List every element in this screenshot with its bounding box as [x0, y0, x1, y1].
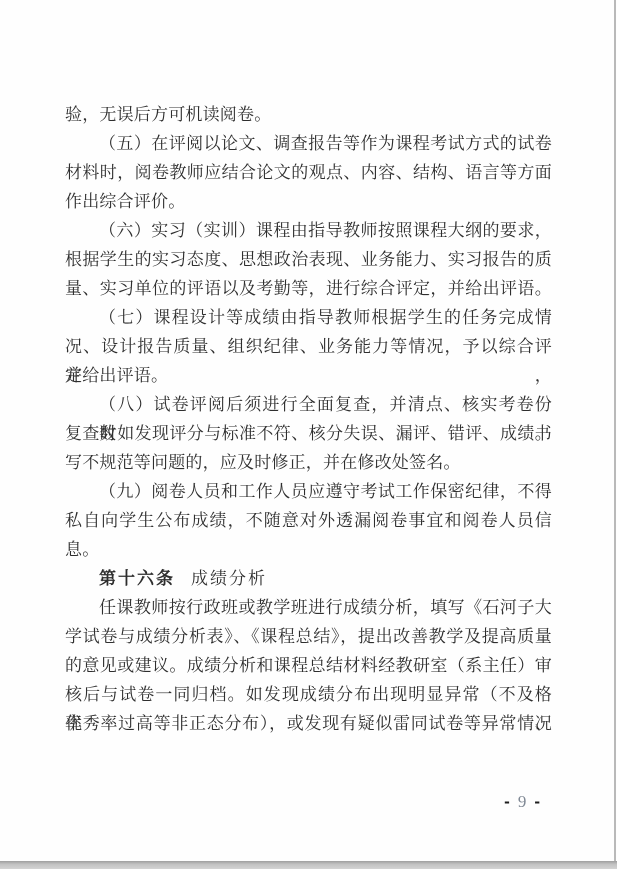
text-line: 的意见或建议。成绩分析和课程总结材料经教研室（系主任）审: [65, 651, 552, 680]
text-line: 根据学生的实习态度、思想政治表现、业务能力、实习报告的质: [65, 245, 552, 274]
text-line: 学试卷与成绩分析表》、《课程总结》，提出改善教学及提高质量: [65, 622, 552, 651]
text-line: 复查时如发现评分与标准不符、核分失误、漏评、错评、成绩书: [65, 419, 552, 448]
page-number: 9: [518, 792, 527, 811]
text-line: 核后与试卷一同归档。如发现成绩分布出现明显异常（不及格率、: [65, 680, 552, 709]
text-line: 任课教师按行政班或教学班进行成绩分析，填写《石河子大: [65, 593, 552, 622]
text-line: 写不规范等问题的，应及时修正，并在修改处签名。: [65, 448, 552, 477]
document-text-block: 验，无误后方可机读阅卷。（五）在评阅以论文、调查报告等作为课程考试方式的试卷材料…: [65, 100, 552, 738]
text-line: （九）阅卷人员和工作人员应遵守考试工作保密纪律，不得: [65, 477, 552, 506]
text-line: （五）在评阅以论文、调查报告等作为课程考试方式的试卷: [65, 129, 552, 158]
scan-edge-line: [614, 0, 616, 861]
article-title: 成绩分析: [191, 569, 267, 588]
text-line: 况、设计报告质量、组织纪律、业务能力等情况，予以综合评定，: [65, 332, 552, 361]
article-number: 第十六条: [99, 569, 175, 588]
text-line: 私自向学生公布成绩，不随意对外透漏阅卷事宜和阅卷人员信: [65, 506, 552, 535]
page-footer: -9-: [0, 792, 540, 812]
text-line: 量、实习单位的评语以及考勤等，进行综合评定，并给出评语。: [65, 274, 552, 303]
text-line: 优秀率过高等非正态分布），或发现有疑似雷同试卷等异常情况: [65, 709, 552, 738]
scanned-document-page: 验，无误后方可机读阅卷。（五）在评阅以论文、调查报告等作为课程考试方式的试卷材料…: [0, 0, 617, 869]
text-line: 息。: [65, 535, 552, 564]
footer-right-dash: -: [534, 792, 540, 811]
text-line: 验，无误后方可机读阅卷。: [65, 100, 552, 129]
text-line: （八）试卷评阅后须进行全面复查，并清点、核实考卷份数。: [65, 390, 552, 419]
text-line: 作出综合评价。: [65, 187, 552, 216]
text-line: （六）实习（实训）课程由指导教师按照课程大纲的要求，: [65, 216, 552, 245]
text-line: 第十六条成绩分析: [65, 564, 552, 593]
footer-left-dash: -: [504, 792, 510, 811]
text-line: （七）课程设计等成绩由指导教师根据学生的任务完成情: [65, 303, 552, 332]
scan-bottom-band: [0, 861, 617, 869]
text-line: 材料时，阅卷教师应结合论文的观点、内容、结构、语言等方面: [65, 158, 552, 187]
